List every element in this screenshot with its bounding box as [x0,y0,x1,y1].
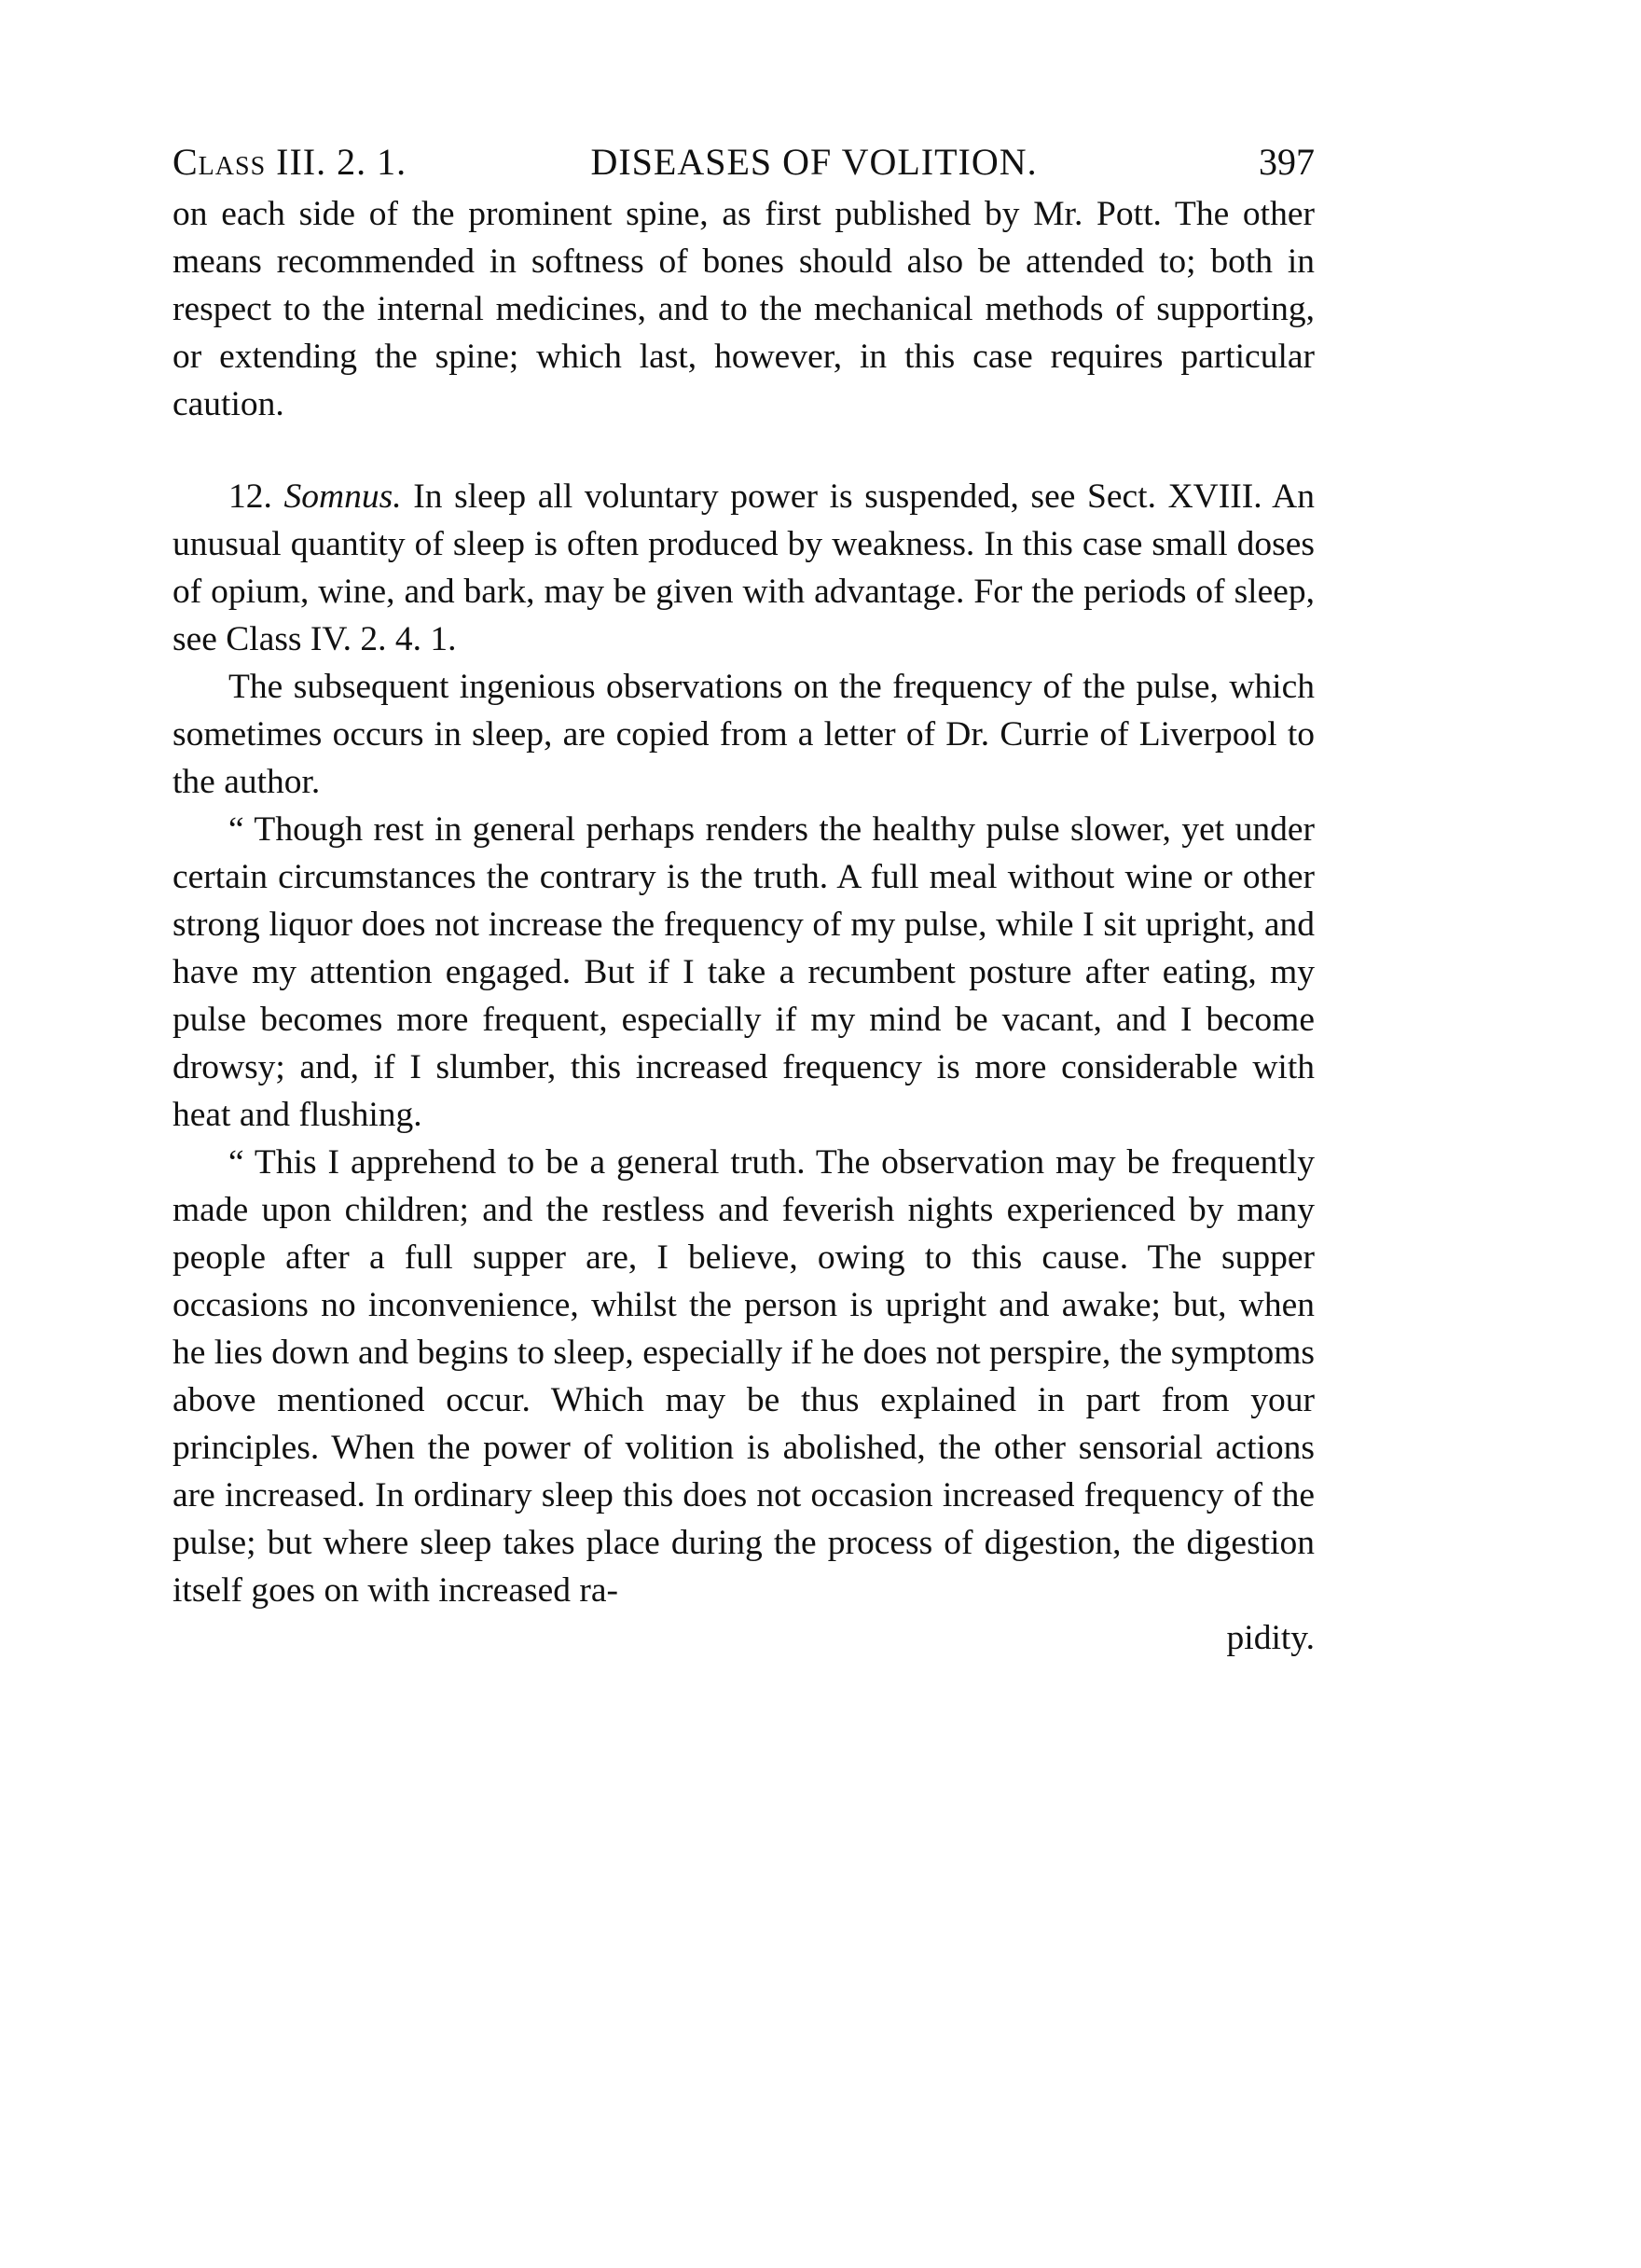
section-number: 12. [228,477,272,516]
paragraph-currie-intro: The subsequent ingenious observations on… [172,663,1315,806]
paragraph-continuation: on each side of the prominent spine, as … [172,190,1315,428]
paragraph-letter-2: “ This I apprehend to be a general truth… [172,1139,1315,1614]
running-head: Class III. 2. 1. DISEASES OF VOLITION. 3… [172,140,1315,185]
section-heading: Somnus. [284,477,402,516]
catchword: pidity. [172,1614,1315,1662]
chapter-title: DISEASES OF VOLITION. [407,140,1259,185]
book-page: Class III. 2. 1. DISEASES OF VOLITION. 3… [172,140,1315,1662]
class-reference: Class III. 2. 1. [172,140,407,185]
paragraph-somnus: 12. Somnus. In sleep all voluntary power… [172,473,1315,663]
page-number: 397 [1259,140,1315,185]
paragraph-letter-1: “ Though rest in general perhaps renders… [172,806,1315,1139]
